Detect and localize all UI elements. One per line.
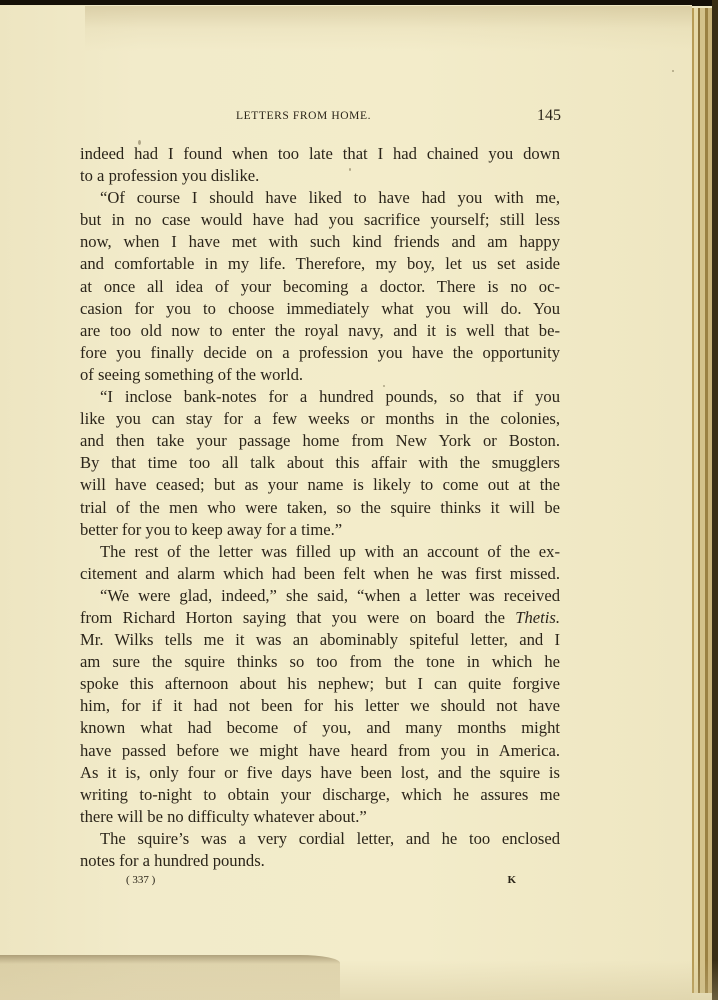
text-line-content: from Richard Horton saying that you were… xyxy=(80,608,515,627)
page-footer: ( 337 ) K xyxy=(126,874,516,890)
paper-speck xyxy=(138,140,141,145)
text-line-content: him, for if it had not been for his lett… xyxy=(80,696,560,715)
text-line: at once all idea of your becoming a doct… xyxy=(80,276,560,298)
text-line-content: of seeing something of the world. xyxy=(80,365,303,384)
text-line-content: like you can stay for a few weeks or mon… xyxy=(80,409,560,428)
text-line-content: casion for you to choose immediately wha… xyxy=(80,299,560,318)
text-line-content: indeed had I found when too late that I … xyxy=(80,144,560,163)
text-line: and then take your passage home from New… xyxy=(80,430,560,452)
page-top-shadow xyxy=(85,6,692,51)
text-line: citement and alarm which had been felt w… xyxy=(80,563,560,585)
text-line: casion for you to choose immediately wha… xyxy=(80,298,560,320)
paper-speck xyxy=(349,168,351,171)
paper-speck xyxy=(672,70,674,72)
text-line: “I inclose bank-notes for a hundred poun… xyxy=(80,386,560,408)
text-line-content: and comfortable in my life. Therefore, m… xyxy=(80,254,560,273)
text-line-content: writing to-night to obtain your discharg… xyxy=(80,785,560,804)
text-line: now, when I have met with such kind frie… xyxy=(80,231,560,253)
text-line: have passed before we might have heard f… xyxy=(80,740,560,762)
text-line-content: better for you to keep away for a time.” xyxy=(80,520,342,539)
text-line: The rest of the letter was filled up wit… xyxy=(80,541,560,563)
text-line: are too old now to enter the royal navy,… xyxy=(80,320,560,342)
text-line: of seeing something of the world. xyxy=(80,364,560,386)
text-line-content: “We were glad, indeed,” she said, “when … xyxy=(100,586,560,605)
text-line: Mr. Wilks tells me it was an abominably … xyxy=(80,629,560,651)
text-line: As it is, only four or five days have be… xyxy=(80,762,560,784)
text-line: but in no case would have had you sacrif… xyxy=(80,209,560,231)
text-line: notes for a hundred pounds. xyxy=(80,850,560,872)
text-line: writing to-night to obtain your discharg… xyxy=(80,784,560,806)
text-line-content: at once all idea of your becoming a doct… xyxy=(80,277,560,296)
text-line-content: have passed before we might have heard f… xyxy=(80,741,560,760)
text-line-content: fore you finally decide on a profession … xyxy=(80,343,560,362)
text-line-content: are too old now to enter the royal navy,… xyxy=(80,321,560,340)
text-line: him, for if it had not been for his lett… xyxy=(80,695,560,717)
text-line-content: known what had become of you, and many m… xyxy=(80,718,560,737)
paper-speck xyxy=(383,385,385,387)
text-line: will have ceased; but as your name is li… xyxy=(80,474,560,496)
text-line: fore you finally decide on a profession … xyxy=(80,342,560,364)
text-line-content: The squire’s was a very cordial letter, … xyxy=(100,829,560,848)
text-line-content: notes for a hundred pounds. xyxy=(80,851,265,870)
text-line-content: spoke this afternoon about his nephew; b… xyxy=(80,674,560,693)
signature-number: ( 337 ) xyxy=(126,874,155,886)
text-line-content: will have ceased; but as your name is li… xyxy=(80,475,560,494)
text-line-content: “Of course I should have liked to have h… xyxy=(100,188,560,207)
body-text: indeed had I found when too late that I … xyxy=(80,143,560,872)
book-cover-edge xyxy=(712,0,718,1000)
ship-name: Thetis. xyxy=(515,608,560,627)
text-line: to a profession you dislike. xyxy=(80,165,560,187)
text-line: known what had become of you, and many m… xyxy=(80,717,560,739)
text-line: like you can stay for a few weeks or mon… xyxy=(80,408,560,430)
text-line: “We were glad, indeed,” she said, “when … xyxy=(80,585,560,607)
page-number: 145 xyxy=(537,107,561,125)
text-line: The squire’s was a very cordial letter, … xyxy=(80,828,560,850)
text-line-content: now, when I have met with such kind frie… xyxy=(80,232,560,251)
text-line-content: As it is, only four or five days have be… xyxy=(80,763,560,782)
text-line-content: “I inclose bank-notes for a hundred poun… xyxy=(100,387,560,406)
text-line-content: trial of the men who were taken, so the … xyxy=(80,498,560,517)
text-line-content: By that time too all talk about this aff… xyxy=(80,453,560,472)
text-line-content: there will be no difficulty whatever abo… xyxy=(80,807,367,826)
page-header: LETTERS FROM HOME. 145 xyxy=(78,107,561,129)
text-line-content: The rest of the letter was filled up wit… xyxy=(100,542,560,561)
text-line-content: but in no case would have had you sacrif… xyxy=(80,210,560,229)
text-line: better for you to keep away for a time.” xyxy=(80,519,560,541)
text-line: and comfortable in my life. Therefore, m… xyxy=(80,253,560,275)
text-line-content: am sure the squire thinks so too from th… xyxy=(80,652,560,671)
text-line: am sure the squire thinks so too from th… xyxy=(80,651,560,673)
text-line: there will be no difficulty whatever abo… xyxy=(80,806,560,828)
text-line-content: and then take your passage home from New… xyxy=(80,431,560,450)
text-line: trial of the men who were taken, so the … xyxy=(80,497,560,519)
signature-letter: K xyxy=(507,874,516,886)
text-line: indeed had I found when too late that I … xyxy=(80,143,560,165)
text-line: spoke this afternoon about his nephew; b… xyxy=(80,673,560,695)
running-head: LETTERS FROM HOME. xyxy=(236,110,371,122)
text-line: “Of course I should have liked to have h… xyxy=(80,187,560,209)
page-bottom-shadow xyxy=(0,955,340,1000)
text-line: from Richard Horton saying that you were… xyxy=(80,607,560,629)
text-line-content: citement and alarm which had been felt w… xyxy=(80,564,560,583)
text-line-content: to a profession you dislike. xyxy=(80,166,259,185)
text-line: By that time too all talk about this aff… xyxy=(80,452,560,474)
text-line-content: Mr. Wilks tells me it was an abominably … xyxy=(80,630,560,649)
